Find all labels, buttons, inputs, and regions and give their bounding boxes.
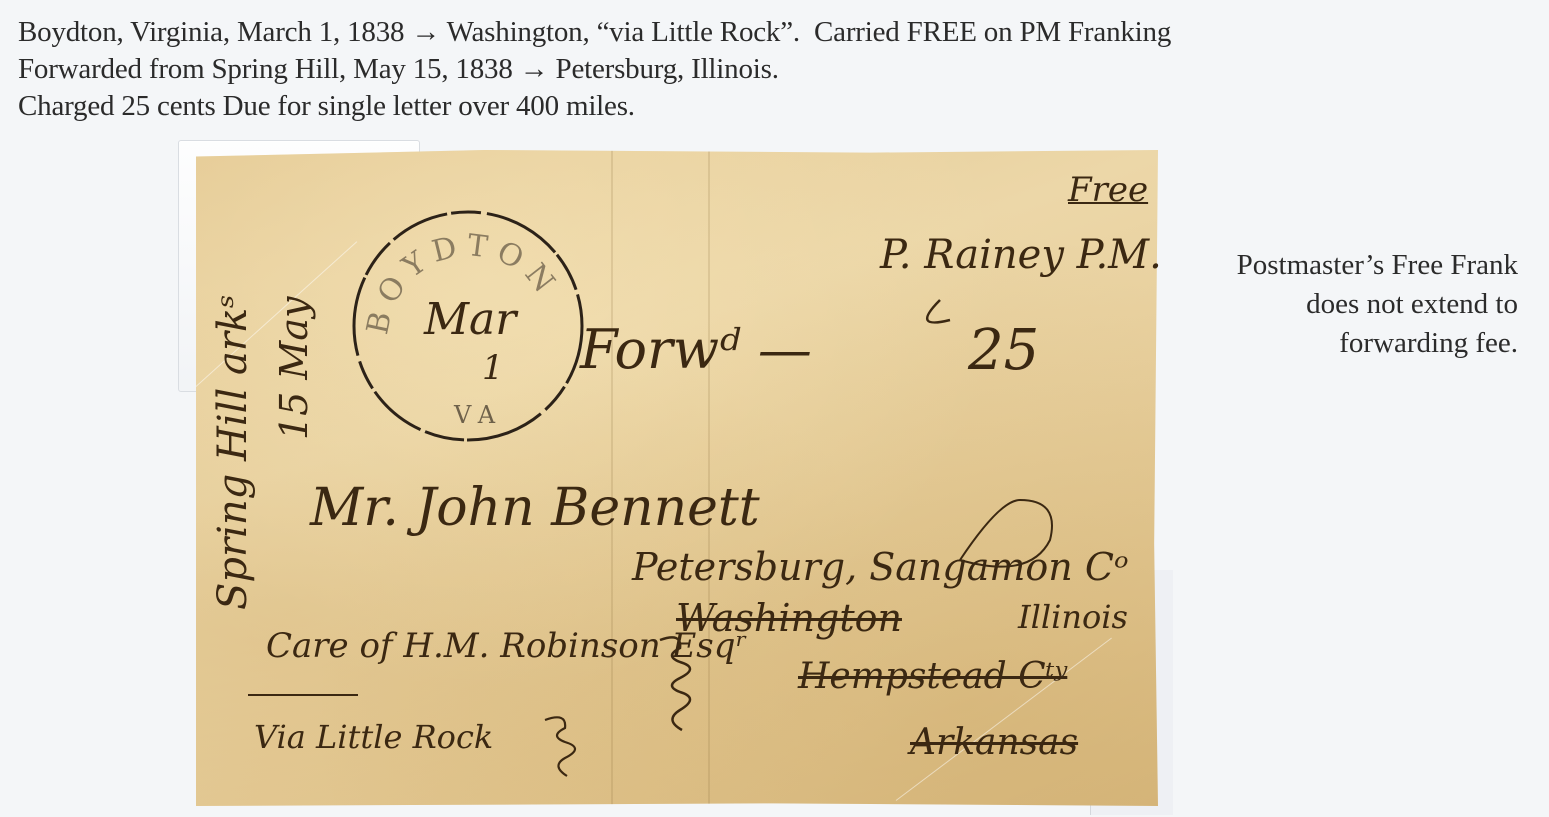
flourish-icon — [0, 0, 1549, 817]
